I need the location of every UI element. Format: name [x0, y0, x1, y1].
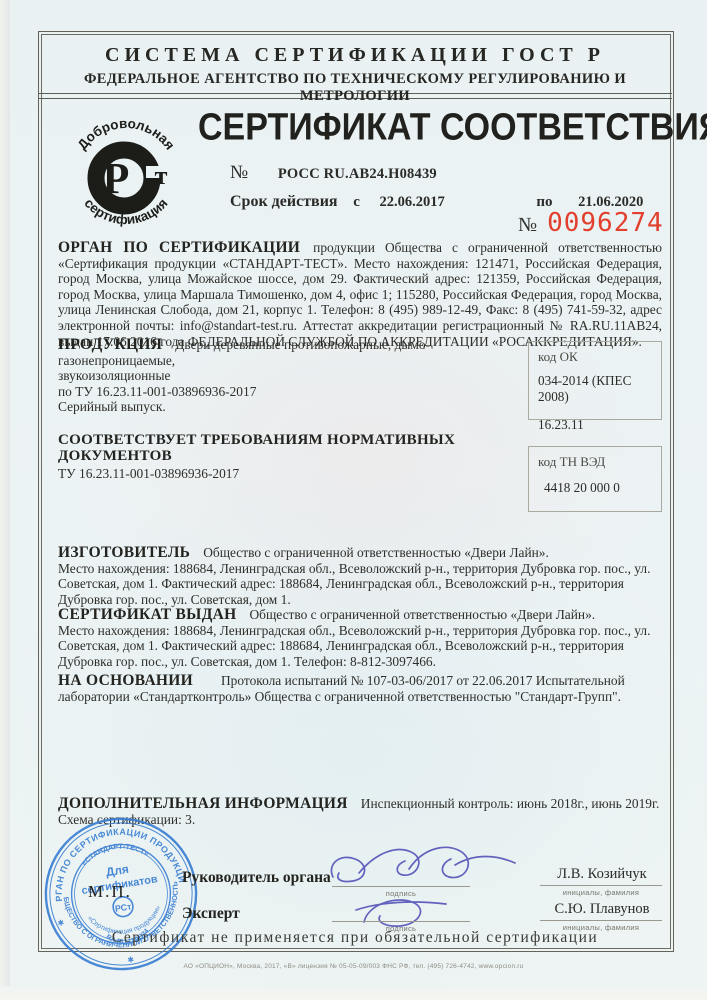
cert-number-row: № РОСС RU.АВ24.Н08439 [230, 162, 437, 184]
expert-name-line [540, 920, 662, 921]
section-basis: НА ОСНОВАНИИПротокола испытаний № 107-03… [58, 673, 662, 704]
logo-letter-r: Р [103, 154, 130, 203]
section-label: ПРОДУКЦИЯ [58, 336, 162, 353]
head-signature-line [332, 886, 470, 887]
section-label: ОРГАН ПО СЕРТИФИКАЦИИ [58, 239, 300, 256]
logo-letter-t: т [155, 161, 168, 190]
document-title: СЕРТИФИКАТ СООТВЕТСТВИЯ [198, 106, 662, 150]
blank-number-digits: 0096274 [547, 208, 664, 238]
section-label: СЕРТИФИКАТ ВЫДАН [58, 606, 237, 623]
section-label: ИЗГОТОВИТЕЛЬ [58, 544, 190, 561]
mp-mark: М.П. [88, 882, 132, 902]
valid-from-date: 22.06.2017 [379, 194, 444, 210]
blank-form-number: № 0096274 [518, 208, 664, 238]
head-name-line [540, 885, 662, 886]
ok-code-label: код ОК [538, 349, 652, 365]
expert-label: Эксперт [182, 905, 240, 923]
section-conforms: СООТВЕТСТВУЕТ ТРЕБОВАНИЯМ НОРМАТИВНЫХ ДО… [58, 433, 526, 482]
section-product: ПРОДУКЦИЯДвери деревянные противопожарны… [58, 337, 526, 415]
tnved-code-box: код ТН ВЭД 4418 20 000 0 [528, 446, 662, 512]
stamp-center-line1: Для [105, 862, 130, 879]
section-issued-to: СЕРТИФИКАТ ВЫДАНОбщество с ограниченной … [58, 607, 662, 669]
from-label: с [353, 194, 360, 210]
tnved-code-label: код ТН ВЭД [538, 454, 652, 470]
ok-code-value-1: 034-2014 (КПЕС 2008) [538, 373, 652, 405]
blank-no-sign: № [518, 214, 537, 236]
ok-code-value-2: 16.23.11 [538, 417, 652, 433]
section-certification-body: ОРГАН ПО СЕРТИФИКАЦИИпродукции Общества … [58, 240, 662, 349]
print-house-line: АО «ОПЦИОН», Москва, 2017, «В» лицензия … [0, 963, 707, 970]
no-sign: № [230, 162, 248, 183]
name-caption: инициалы, фамилия [540, 888, 662, 897]
section-label: СООТВЕТСТВУЕТ ТРЕБОВАНИЯМ НОРМАТИВНЫХ ДО… [58, 433, 513, 464]
head-name: Л.В. Козийчук [544, 866, 660, 883]
section-label: НА ОСНОВАНИИ [58, 672, 193, 689]
agency-title: ФЕДЕРАЛЬНОЕ АГЕНТСТВО ПО ТЕХНИЧЕСКОМУ РЕ… [44, 71, 666, 105]
system-title: СИСТЕМА СЕРТИФИКАЦИИ ГОСТ Р [44, 44, 666, 67]
expert-name: С.Ю. Плавунов [544, 901, 660, 918]
scan-edge-left [0, 0, 10, 1000]
validity-label: Срок действия [230, 193, 338, 210]
stamp-star-left-icon: ✱ [57, 918, 65, 928]
section-text: продукции Общества с ограниченной ответс… [58, 240, 662, 349]
ok-code-box: код ОК 034-2014 (КПЕС 2008) 16.23.11 [528, 341, 662, 420]
cert-number: РОСС RU.АВ24.Н08439 [278, 166, 437, 182]
tnved-code-value: 4418 20 000 0 [538, 480, 652, 496]
expert-signature-line [332, 921, 470, 922]
scanned-certificate-page: СИСТЕМА СЕРТИФИКАЦИИ ГОСТ Р ФЕДЕРАЛЬНОЕ … [0, 0, 707, 1000]
section-manufacturer: ИЗГОТОВИТЕЛЬОбщество с ограниченной отве… [58, 545, 662, 607]
footer-note: Сертификат не применяется при обязательн… [40, 929, 670, 947]
scan-edge-bottom [0, 986, 707, 1000]
gost-r-logo-icon: Добровольная сертификация Р т [60, 104, 192, 232]
head-of-body-label: Руководитель органа [182, 869, 331, 887]
stamp-rst-mark-text: РСт [114, 901, 132, 914]
section-label: ДОПОЛНИТЕЛЬНАЯ ИНФОРМАЦИЯ [58, 795, 348, 812]
section-text: ТУ 16.23.11-001-03896936-2017 [58, 466, 526, 482]
